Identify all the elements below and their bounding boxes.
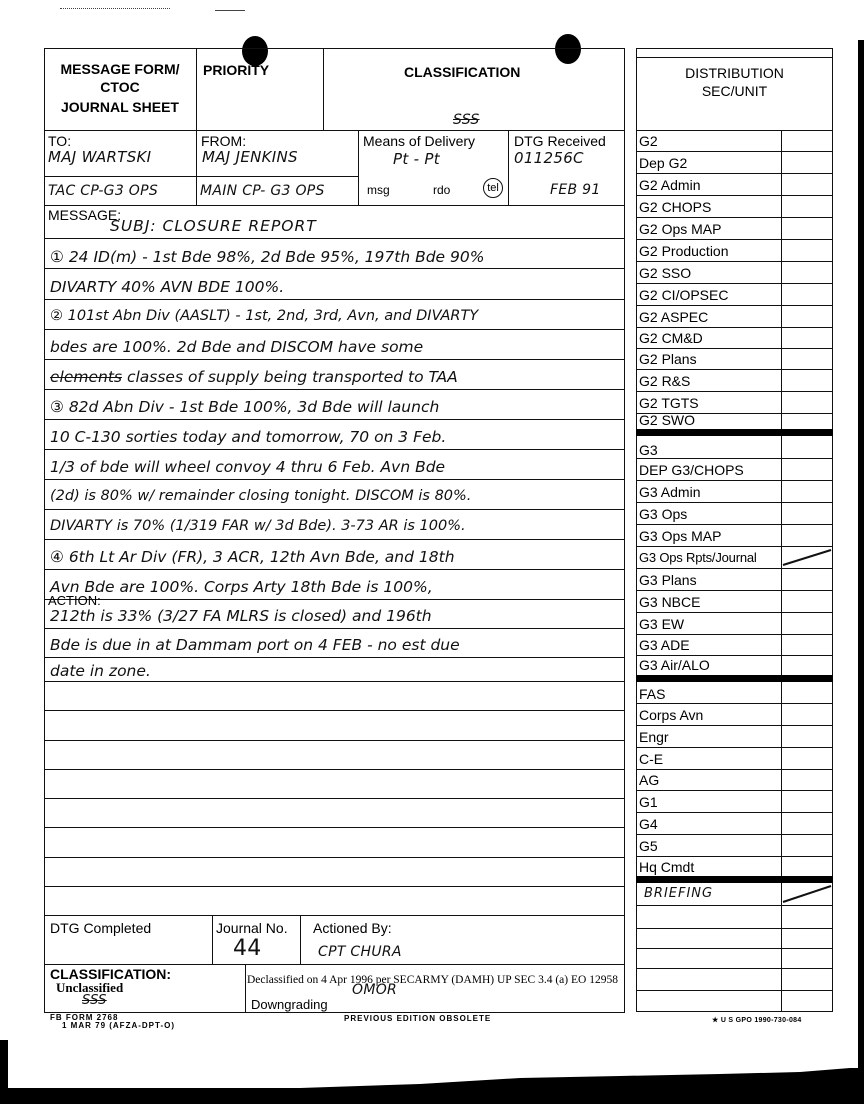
dist-label: G2 Admin xyxy=(639,177,700,193)
dist-label: G3 xyxy=(639,442,658,458)
ruled-line xyxy=(44,238,625,239)
from-unit-field[interactable]: MAIN CP- G3 OPS xyxy=(200,183,325,199)
dist-label: G5 xyxy=(639,838,658,854)
divider xyxy=(358,130,359,205)
divider xyxy=(44,964,625,965)
form-title: MESSAGE FORM/ CTOC JOURNAL SHEET xyxy=(46,60,194,116)
dist-row-g2-plans[interactable]: G2 Plans xyxy=(636,348,833,370)
dist-label: G2 TGTS xyxy=(639,395,699,411)
divider xyxy=(323,48,324,130)
dist-label: Engr xyxy=(639,729,669,745)
dist-row-blank[interactable] xyxy=(636,949,833,969)
message-line[interactable]: 212th is 33% (3/27 FA MLRS is closed) an… xyxy=(50,607,432,625)
dist-label: G1 xyxy=(639,794,658,810)
section-divider xyxy=(636,675,833,682)
dist-label: Corps Avn xyxy=(639,707,703,723)
dist-row-g2-chops[interactable]: G2 CHOPS xyxy=(636,196,833,218)
dist-row-g2-production[interactable]: G2 Production xyxy=(636,240,833,262)
scan-edge-right xyxy=(858,40,864,1080)
dtg-received-label: DTG Received xyxy=(514,133,606,149)
to-label: TO: xyxy=(48,133,71,149)
dist-label: G3 ADE xyxy=(639,637,690,653)
ruled-line xyxy=(44,599,625,600)
divider xyxy=(245,964,246,1013)
ruled-line xyxy=(44,827,625,828)
dist-label-handwritten: BRIEFING xyxy=(644,886,713,901)
dist-row-g2-admin[interactable]: G2 Admin xyxy=(636,174,833,196)
message-line[interactable]: Avn Bde are 100%. Corps Arty 18th Bde is… xyxy=(50,578,433,596)
distribution-title: DISTRIBUTION xyxy=(636,64,833,82)
dist-row-blank[interactable] xyxy=(636,991,833,1012)
dist-label: G3 EW xyxy=(639,616,684,632)
message-line[interactable]: Bde is due in at Dammam port on 4 FEB - … xyxy=(50,636,460,654)
dtg-completed-label: DTG Completed xyxy=(50,920,151,936)
ruled-line xyxy=(44,915,625,916)
ruled-line xyxy=(44,539,625,540)
message-line[interactable]: DIVARTY 40% AVN BDE 100%. xyxy=(50,278,284,296)
divider xyxy=(196,130,197,205)
previous-edition-note: PREVIOUS EDITION OBSOLETE xyxy=(344,1014,491,1023)
ruled-line xyxy=(44,657,625,658)
ruled-line xyxy=(44,740,625,741)
ruled-line xyxy=(44,569,625,570)
form-title-line: JOURNAL SHEET xyxy=(46,98,194,116)
dist-label: G3 Air/ALO xyxy=(639,657,710,673)
message-line[interactable]: bdes are 100%. 2d Bde and DISCOM have so… xyxy=(50,338,423,356)
dist-row-hq-cmdt[interactable]: Hq Cmdt xyxy=(636,857,833,876)
means-option-tel-circled[interactable]: tel xyxy=(483,178,503,198)
dist-row-g2-cmd[interactable]: G2 CM&D xyxy=(636,327,833,349)
section-divider xyxy=(636,876,833,883)
message-line[interactable]: elements classes of supply being transpo… xyxy=(50,368,458,386)
dist-label: AG xyxy=(639,772,659,788)
ruled-line xyxy=(44,449,625,450)
message-line[interactable]: ④ 6th Lt Ar Div (FR), 3 ACR, 12th Avn Bd… xyxy=(50,548,455,566)
dist-label: C-E xyxy=(639,751,663,767)
dist-row-dep-g2[interactable]: Dep G2 xyxy=(636,152,833,174)
dist-row-g3-air-alo[interactable]: G3 Air/ALO xyxy=(636,656,833,675)
distribution-header: DISTRIBUTION SEC/UNIT xyxy=(636,64,833,100)
dist-label: G2 Production xyxy=(639,243,729,259)
means-of-delivery-label: Means of Delivery xyxy=(363,133,475,149)
dist-row-g2-aspec[interactable]: G2 ASPEC xyxy=(636,306,833,328)
section-divider xyxy=(636,429,833,436)
classification-value[interactable]: SSS xyxy=(453,112,480,128)
dist-label: G3 Ops Rpts/Journal xyxy=(639,550,757,566)
dist-row-blank[interactable] xyxy=(636,929,833,949)
dist-label: G3 NBCE xyxy=(639,594,700,610)
dist-row-g3-ops-map[interactable]: G3 Ops MAP xyxy=(636,525,833,547)
dist-row-g1[interactable]: G1 xyxy=(636,791,833,813)
dist-label: G4 xyxy=(639,816,658,832)
scan-edge-bottom xyxy=(0,1064,864,1104)
ruled-line xyxy=(44,299,625,300)
dist-label: G2 CM&D xyxy=(639,330,703,346)
dist-row-corps-avn[interactable]: Corps Avn xyxy=(636,704,833,726)
ruled-line xyxy=(44,769,625,770)
actioned-by-label: Actioned By: xyxy=(313,920,392,936)
ruled-line xyxy=(44,479,625,480)
ruled-line xyxy=(44,798,625,799)
dist-row-g3[interactable]: G3 xyxy=(636,436,833,459)
dist-row-g3-ew[interactable]: G3 EW xyxy=(636,613,833,635)
from-name-field[interactable]: MAJ JENKINS xyxy=(202,148,298,166)
struck-word: elements xyxy=(50,368,122,386)
dist-row-g3-ops[interactable]: G3 Ops xyxy=(636,503,833,525)
dtg-received-month-field[interactable]: FEB 91 xyxy=(550,182,601,198)
dist-row-g3-ade[interactable]: G3 ADE xyxy=(636,634,833,656)
dist-row-g3-nbce[interactable]: G3 NBCE xyxy=(636,591,833,613)
gpo-note: ★ U S GPO 1990-730-084 xyxy=(712,1016,802,1024)
divider xyxy=(508,130,509,205)
dist-row-blank[interactable] xyxy=(636,906,833,929)
classification-label: CLASSIFICATION xyxy=(404,64,520,80)
means-option-msg[interactable]: msg xyxy=(367,182,390,198)
ruled-line xyxy=(44,359,625,360)
dist-label: G2 SSO xyxy=(639,265,691,281)
dist-label: FAS xyxy=(639,686,665,702)
dist-row-blank[interactable] xyxy=(636,969,833,991)
dist-row-g3-ops-rpts-journal[interactable]: G3 Ops Rpts/Journal xyxy=(636,547,833,569)
dist-row-briefing[interactable]: BRIEFING xyxy=(636,883,833,906)
message-line[interactable]: DIVARTY is 70% (1/319 FAR w/ 3d Bde). 3-… xyxy=(50,518,466,534)
dist-row-g5[interactable]: G5 xyxy=(636,835,833,857)
ruled-line xyxy=(44,886,625,887)
dist-label: G2 Plans xyxy=(639,351,697,367)
dist-label: G3 Plans xyxy=(639,572,697,588)
dist-row-dep-g3-chops[interactable]: DEP G3/CHOPS xyxy=(636,459,833,481)
distribution-subtitle: SEC/UNIT xyxy=(636,82,833,100)
message-line[interactable]: 1/3 of bde will wheel convoy 4 thru 6 Fe… xyxy=(50,458,445,476)
from-label: FROM: xyxy=(201,133,246,149)
dist-row-g3-admin[interactable]: G3 Admin xyxy=(636,481,833,503)
journal-no-label: Journal No. xyxy=(216,920,288,936)
dist-row-g4[interactable]: G4 xyxy=(636,813,833,835)
dist-row-g2-swo[interactable]: G2 SWO xyxy=(636,411,833,429)
actioned-by-field[interactable]: CPT CHURA xyxy=(318,944,402,960)
downgrading-label: Downgrading xyxy=(251,997,328,1013)
scan-speckle-top xyxy=(60,8,170,10)
dist-row-ag[interactable]: AG xyxy=(636,769,833,791)
divider xyxy=(196,176,358,177)
message-line[interactable]: ① 24 ID(m) - 1st Bde 98%, 2d Bde 95%, 19… xyxy=(50,248,484,266)
dist-label: G2 SWO xyxy=(639,412,695,428)
ruled-line xyxy=(44,681,625,682)
divider xyxy=(300,915,301,964)
ruled-line xyxy=(44,509,625,510)
ruled-line xyxy=(44,628,625,629)
divider xyxy=(44,130,625,131)
message-line[interactable]: 10 C-130 sorties today and tomorrow, 70 … xyxy=(50,428,446,446)
dist-row-g2[interactable]: G2 xyxy=(636,130,833,152)
dtg-received-field[interactable]: 011256C xyxy=(514,149,584,167)
divider xyxy=(44,176,196,177)
ruled-line xyxy=(44,857,625,858)
to-unit-field[interactable]: TAC CP-G3 OPS xyxy=(48,183,158,199)
scan-speckle-top xyxy=(215,10,245,11)
divider xyxy=(196,48,197,130)
dist-row-g2-ops-map[interactable]: G2 Ops MAP xyxy=(636,218,833,240)
dist-label: Hq Cmdt xyxy=(639,859,694,875)
means-option-rdo[interactable]: rdo xyxy=(433,182,450,198)
means-of-delivery-field[interactable]: Pt - Pt xyxy=(393,150,440,168)
priority-label: PRIORITY xyxy=(203,62,269,78)
dist-label: G2 R&S xyxy=(639,373,690,389)
divider xyxy=(212,915,213,964)
dist-label: DEP G3/CHOPS xyxy=(639,462,744,478)
form-title-line: CTOC xyxy=(46,78,194,96)
ruled-line xyxy=(44,329,625,330)
dist-row-fas[interactable]: FAS xyxy=(636,682,833,704)
journal-no-field[interactable]: 44 xyxy=(233,936,262,961)
dist-label: G3 Ops MAP xyxy=(639,528,721,544)
dist-label: Dep G2 xyxy=(639,155,687,171)
form-date: 1 MAR 79 (AFZA-DPT-O) xyxy=(62,1021,175,1030)
dist-row-g2-rs[interactable]: G2 R&S xyxy=(636,370,833,392)
dist-row-g2-ci-opsec[interactable]: G2 CI/OPSEC xyxy=(636,284,833,306)
dist-label: G3 Admin xyxy=(639,484,700,500)
dist-label: G2 ASPEC xyxy=(639,309,708,325)
dist-label: G2 Ops MAP xyxy=(639,221,721,237)
message-line-text: classes of supply being transported to T… xyxy=(127,368,458,386)
dist-row-g2-sso[interactable]: G2 SSO xyxy=(636,262,833,284)
divider xyxy=(636,57,833,58)
message-line[interactable]: (2d) is 80% w/ remainder closing tonight… xyxy=(50,488,471,504)
message-line[interactable]: date in zone. xyxy=(50,662,151,680)
message-line[interactable]: ③ 82d Abn Div - 1st Bde 100%, 3d Bde wil… xyxy=(50,398,439,416)
message-subject[interactable]: SUBJ: CLOSURE REPORT xyxy=(110,217,317,235)
dist-row-g3-plans[interactable]: G3 Plans xyxy=(636,569,833,591)
dist-label: G3 Ops xyxy=(639,506,687,522)
ruled-line xyxy=(44,710,625,711)
classification-footer-struck: SSS xyxy=(82,993,107,1008)
form-title-line: MESSAGE FORM/ xyxy=(46,60,194,78)
declassification-note: Declassified on 4 Apr 1996 per SECARMY (… xyxy=(247,974,618,986)
ruled-line xyxy=(44,389,625,390)
check-mark-icon xyxy=(781,883,833,905)
to-name-field[interactable]: MAJ WARTSKI xyxy=(48,148,151,166)
ruled-line xyxy=(44,268,625,269)
declassification-initials: OMOR xyxy=(352,982,397,998)
divider xyxy=(44,205,625,206)
check-mark-icon xyxy=(781,547,833,569)
message-line[interactable]: ② 101st Abn Div (AASLT) - 1st, 2nd, 3rd,… xyxy=(50,308,478,324)
dist-row-c-e[interactable]: C-E xyxy=(636,748,833,770)
dist-label: G2 CHOPS xyxy=(639,199,711,215)
ruled-line xyxy=(44,419,625,420)
dist-label: G2 xyxy=(639,133,658,149)
dist-label: G2 CI/OPSEC xyxy=(639,287,728,303)
dist-row-engr[interactable]: Engr xyxy=(636,726,833,748)
